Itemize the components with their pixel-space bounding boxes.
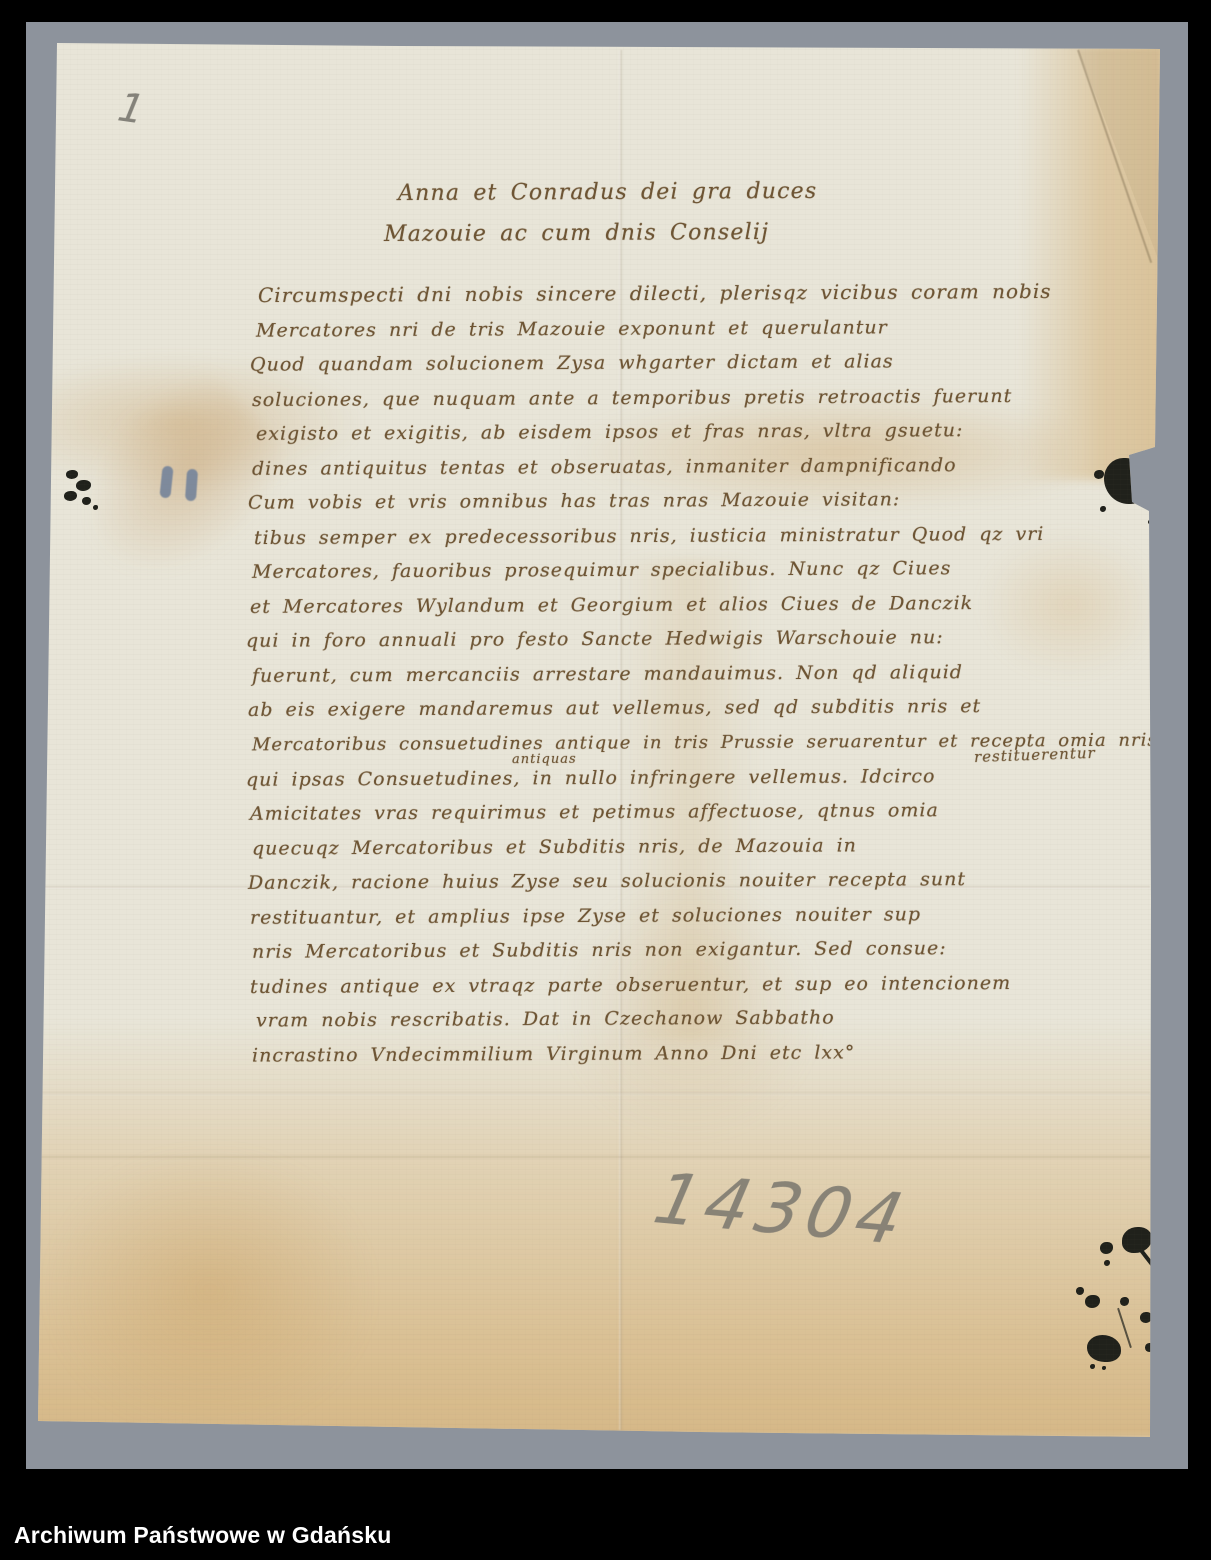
manuscript-line: qui ipsas Consuetudines, in nullo infrin… (246, 765, 936, 791)
manuscript-line: Amicitates vras requirimus et petimus af… (250, 799, 939, 825)
ink-splatter (1120, 1297, 1129, 1306)
stain-left-band (30, 355, 360, 490)
manuscript-page: Anna et Conradus dei gra duces Mazouie a… (0, 0, 1211, 1560)
manuscript-line: Cum vobis et vris omnibus has tras nras … (248, 488, 900, 513)
manuscript-line: tibus semper ex predecessoribus nris, iu… (254, 523, 1044, 549)
fold-crease-horizontal-1 (40, 886, 1150, 889)
stain-fold-column (620, 560, 760, 1040)
ink-splatter (1085, 1295, 1100, 1308)
stain-left-plume (41, 351, 310, 620)
corner-fold-shade (1060, 49, 1160, 264)
ink-splatter (1102, 1366, 1106, 1370)
manuscript-line: fuerunt, cum mercanciis arrestare mandau… (252, 661, 963, 687)
blue-archival-mark (159, 466, 173, 499)
manuscript-line: nris Mercatoribus et Subditis nris non e… (252, 937, 947, 963)
stain-right-mid (980, 530, 1160, 680)
manuscript-line: restituantur, et amplius ipse Zyse et so… (250, 903, 921, 929)
stain-bottom-gradient (20, 1020, 1170, 1440)
ink-blot (1094, 470, 1104, 479)
ink-splatter-scratch (1117, 1308, 1132, 1349)
stain-center-band (560, 392, 1070, 512)
pencil-page-number: 1 (109, 85, 152, 132)
manuscript-line: exigisto et exigitis, ab eisdem ipsos et… (256, 419, 963, 445)
manuscript-line: ab eis exigere mandaremus aut vellemus, … (248, 695, 981, 721)
manuscript-heading-line: Mazouie ac cum dnis Conselij (384, 220, 769, 247)
ink-blot (93, 505, 98, 510)
ink-splatter (1104, 1260, 1110, 1266)
pencil-catalog-number: 14304 (639, 1158, 924, 1259)
corner-fold-line (1077, 50, 1152, 263)
manuscript-line: et Mercatores Wylandum et Georgium et al… (250, 592, 973, 618)
manuscript-line: Quod quandam solucionem Zysa whgarter di… (250, 350, 894, 375)
stain-top-right-strip (1020, 40, 1170, 480)
stain-bottom-left (50, 1150, 370, 1430)
ink-blot (66, 470, 78, 479)
manuscript-heading-line: Anna et Conradus dei gra duces (398, 179, 817, 206)
manuscript-line: Mercatoribus consuetudines antique in tr… (252, 730, 1158, 756)
manuscript-line: Mercatores, fauoribus prosequimur specia… (252, 557, 951, 583)
manuscript-line: Circumspecti dni nobis sincere dilecti, … (258, 279, 1052, 307)
ink-splatter (1140, 1312, 1152, 1323)
manuscript-line: tudines antique ex vtraqz parte obseruen… (250, 972, 1011, 998)
ink-splatter (1076, 1287, 1084, 1295)
ink-splatter (1122, 1227, 1152, 1253)
blue-archival-mark (185, 469, 198, 502)
ink-blot (82, 497, 91, 505)
ink-splatter (1090, 1364, 1095, 1369)
manuscript-line: Danczik, racione huius Zyse seu solucion… (248, 868, 966, 894)
manuscript-line: soluciones, que nuquam ante a temporibus… (252, 385, 1012, 411)
manuscript-line: quecuqz Mercatoribus et Subditis nris, d… (252, 834, 857, 859)
ink-blot (76, 480, 91, 491)
ink-blot (1100, 506, 1106, 512)
manuscript-line: dines antiquitus tentas et obseruatas, i… (252, 454, 957, 480)
archive-caption: Archiwum Państwowe w Gdańsku (14, 1522, 392, 1549)
ink-splatter (1100, 1242, 1113, 1254)
ink-splatter (1087, 1335, 1121, 1362)
fold-crease-horizontal-2 (40, 1092, 1150, 1095)
archive-scan: Anna et Conradus dei gra duces Mazouie a… (0, 0, 1211, 1560)
stain-center-low (560, 880, 820, 1140)
interlinear-insertion: antiquas (512, 752, 577, 767)
manuscript-line: qui in foro annuali pro festo Sancte Hed… (246, 626, 944, 652)
fold-crease-vertical (619, 50, 622, 1430)
fold-crease-horizontal-3 (40, 1156, 1150, 1158)
ink-blot (64, 491, 77, 501)
margin-note: restituerentur (974, 744, 1096, 766)
manuscript-line: Mercatores nri de tris Mazouie exponunt … (256, 316, 888, 341)
manuscript-line: vram nobis rescribatis. Dat in Czechanow… (256, 1006, 835, 1031)
manuscript-line: incrastino Vndecimmilium Virginum Anno D… (252, 1041, 855, 1066)
